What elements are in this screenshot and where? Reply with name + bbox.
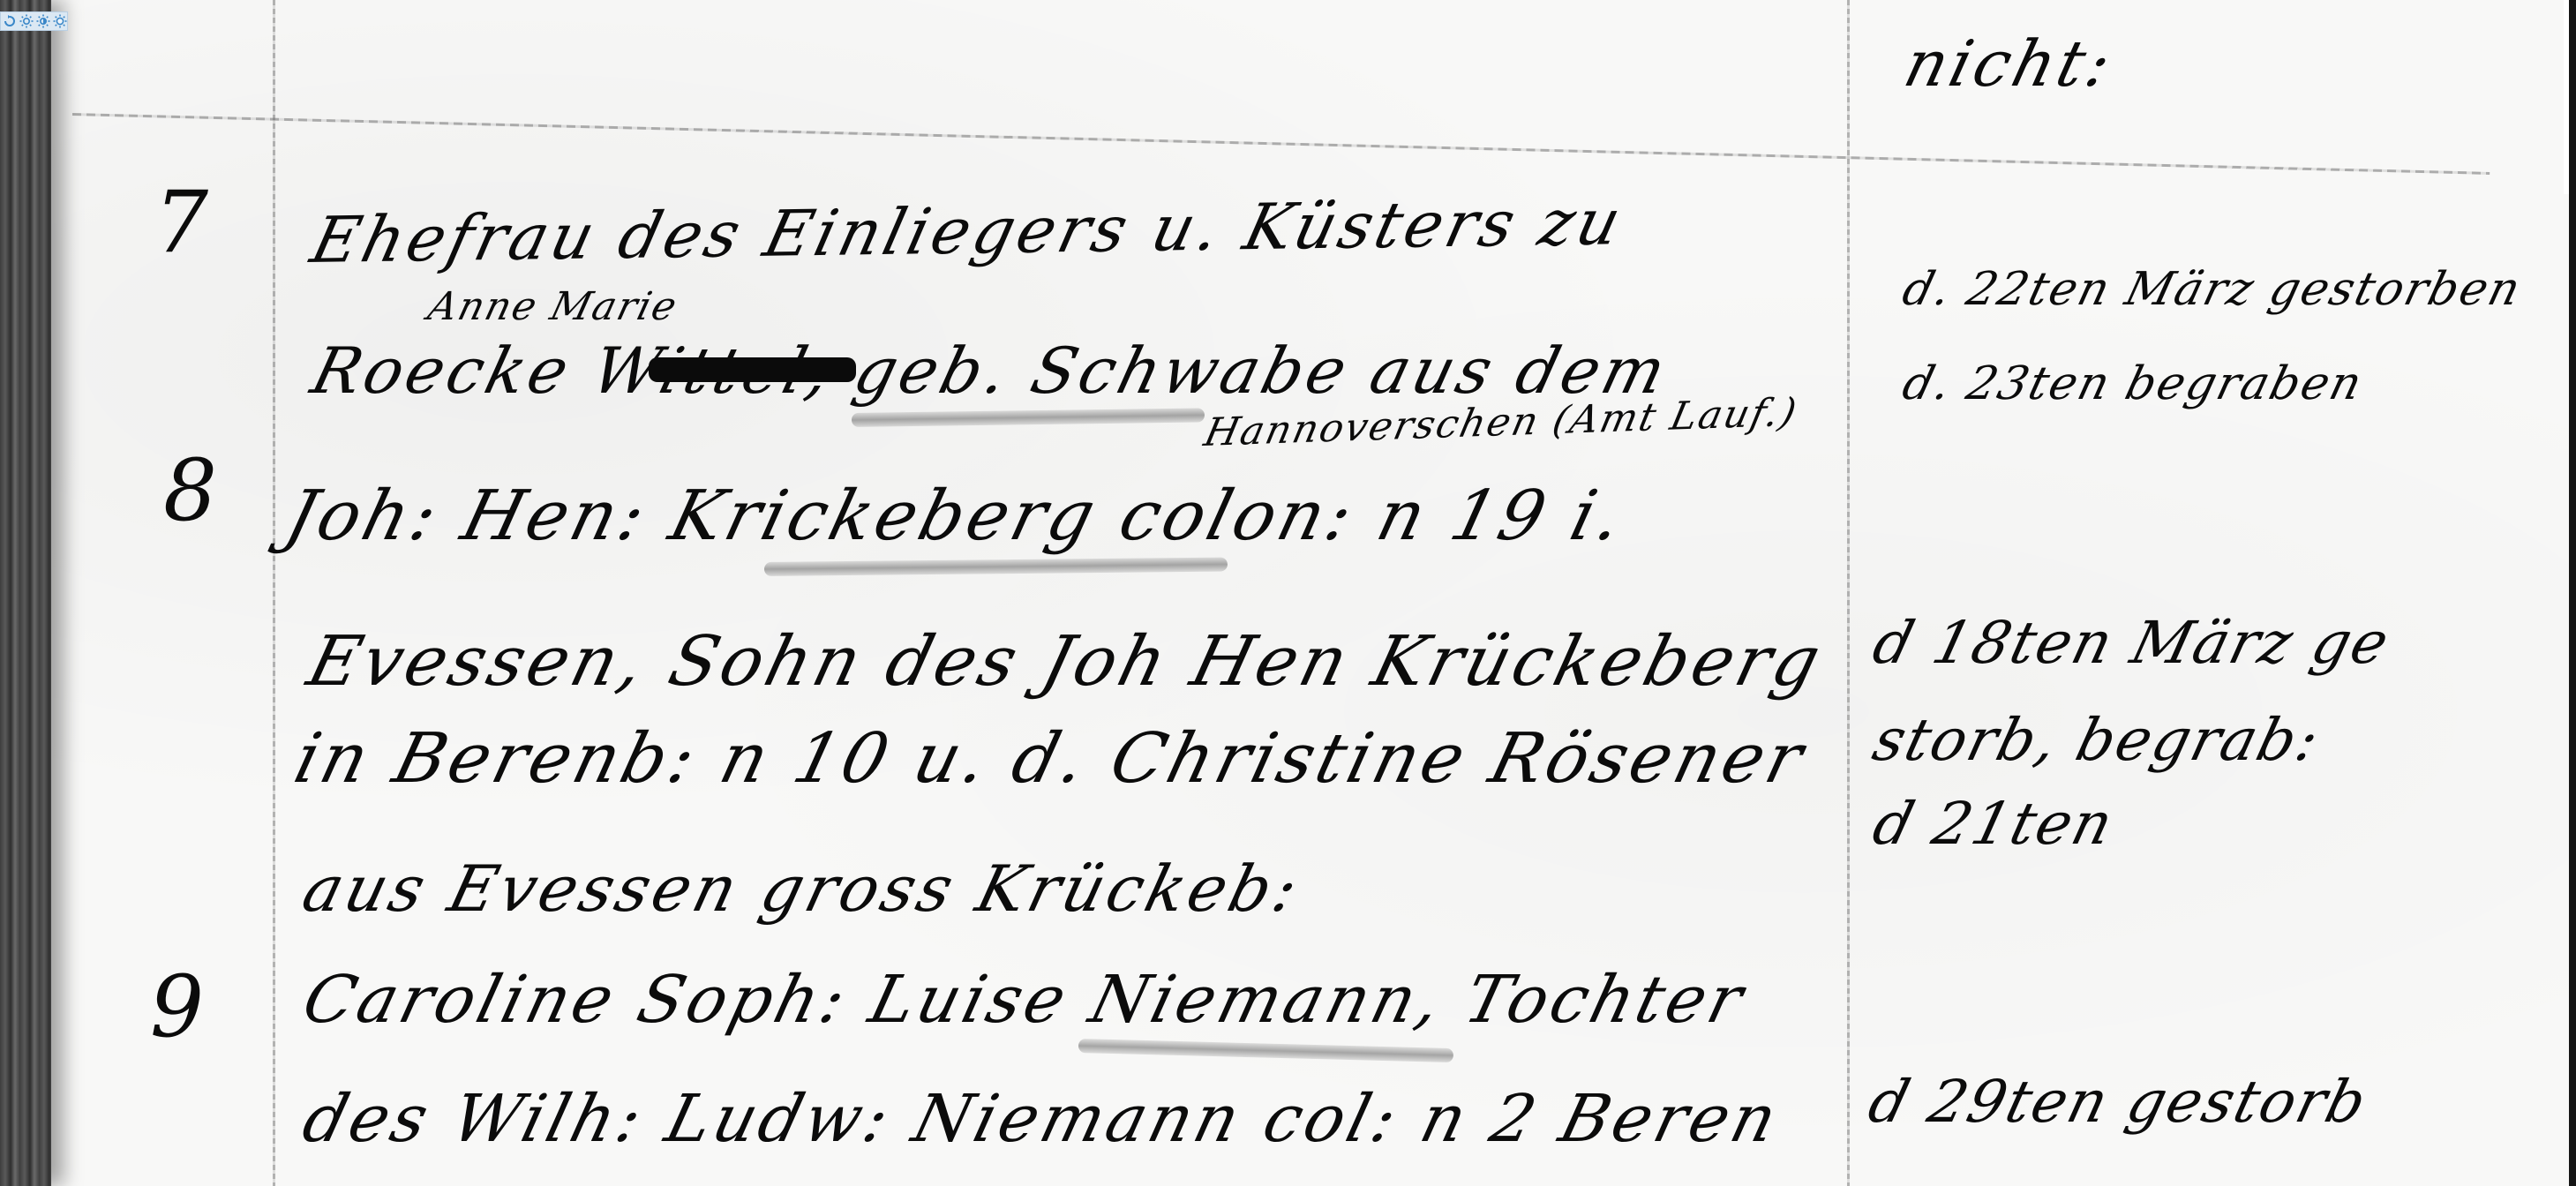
brightness-up-icon <box>19 14 34 28</box>
burial-note: storb, begrab: <box>1866 706 2327 774</box>
entry-text-line: aus Evessen gross Krückeb: <box>296 852 1309 926</box>
contrast-button[interactable] <box>35 13 50 29</box>
image-viewer-toolbar <box>0 11 68 31</box>
page-right-edge <box>2569 0 2576 1186</box>
death-column-divider <box>1847 0 1850 1186</box>
rotate-icon <box>3 14 17 28</box>
death-date-note: d 29ten gestorb <box>1862 1068 2375 1136</box>
brightness-button[interactable] <box>19 13 34 29</box>
pencil-underline <box>764 558 1228 576</box>
death-date-note: d 18ten März ge <box>1866 609 2397 677</box>
entry-text-line: in Berenb: n 10 u. d. Christine Rösener <box>287 719 1814 799</box>
death-date-note: d. 22ten März gestorben <box>1897 263 2527 316</box>
struck-out-word <box>649 357 856 382</box>
pencil-underline <box>1078 1039 1453 1062</box>
contrast-icon <box>36 14 50 28</box>
entry-text-line: Caroline Soph: Luise Niemann, Tochter <box>296 962 1754 1038</box>
interlinear-given-name: Anne Marie <box>424 284 683 329</box>
entry-text-line: Ehefrau des Einliegers u. Küsters zu <box>304 184 1631 277</box>
header-rule <box>72 113 2490 175</box>
entry-number: 8 <box>163 441 217 540</box>
entry-text-line: Roecke Wittel, geb. Schwabe aus dem <box>304 334 1676 408</box>
entry-text-line: des Wilh: Ludw: Niemann col: n 2 Beren <box>296 1081 1788 1157</box>
entry-number: 9 <box>150 957 204 1056</box>
pencil-underline <box>852 408 1205 427</box>
rotate-button[interactable] <box>2 13 17 29</box>
burial-date-note: d 21ten <box>1866 790 2122 858</box>
entry-text-line: Evessen, Sohn des Joh Hen Krückeberg <box>300 622 1831 702</box>
burial-date-note: d. 23ten begraben <box>1897 357 2369 410</box>
lighten-button[interactable] <box>52 13 67 29</box>
register-page-scan: nicht: 7 Ehefrau des Einliegers u. Küste… <box>0 0 2576 1186</box>
entry-text-line: Joh: Hen: Krickeberg colon: n 19 i. <box>278 477 1633 556</box>
entry-number: 7 <box>154 173 208 272</box>
number-column-divider <box>273 0 275 1186</box>
brightness-down-icon <box>53 14 67 28</box>
book-binding-edge <box>0 0 51 1186</box>
top-remark: nicht: <box>1897 26 2122 101</box>
